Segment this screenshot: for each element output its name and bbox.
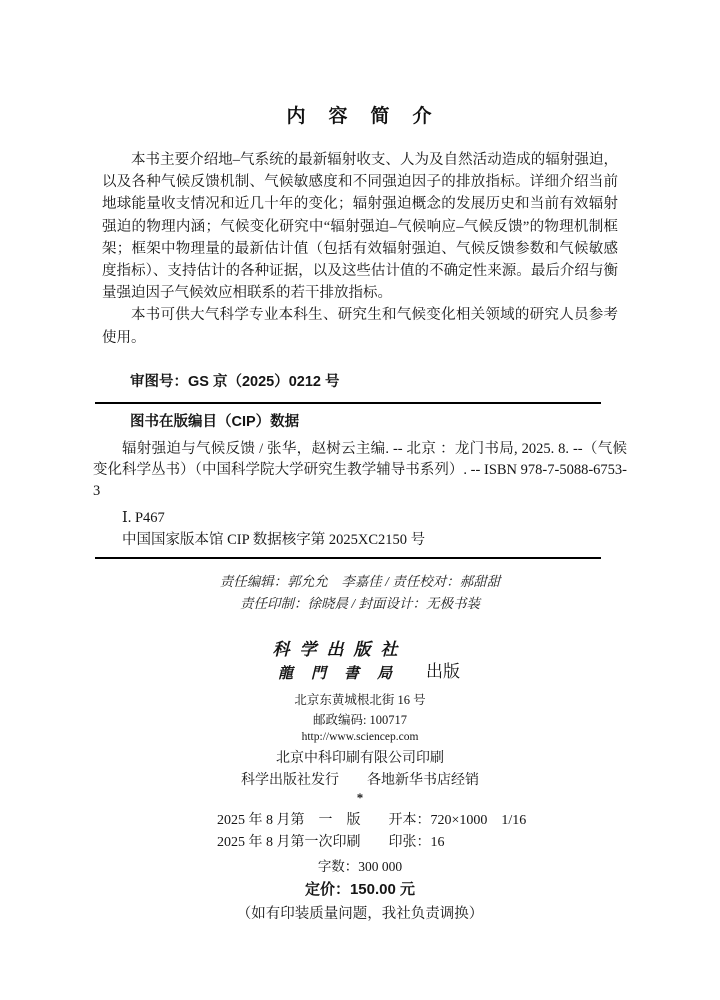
printing-details: 2025 年 8 月第 一 版 开本：720×1000 1/16 2025 年 … xyxy=(217,810,720,854)
science-press-logotype: 科学出版社 xyxy=(260,635,410,660)
word-count-line: 字数：300 000 xyxy=(0,855,720,875)
credits-line-printing-design: 责任印制：徐晓晨 / 封面设计：无极书装 xyxy=(0,593,720,615)
cip-entry: 辐射强迫与气候反馈 / 张华，赵树云主编. -- 北京 ：龙门书局, 2025.… xyxy=(93,439,627,502)
publisher-logotype: 科学出版社 龍門書局 xyxy=(260,635,410,683)
cip-divider-top xyxy=(95,402,601,404)
cip-divider-bottom xyxy=(95,557,601,559)
cip-record-number: 中国国家版本馆 CIP 数据核字第 2025XC2150 号 xyxy=(122,530,627,551)
publisher-postcode: 邮政编码: 100717 xyxy=(0,710,720,728)
section-separator-star: * xyxy=(0,790,720,806)
staff-credits: 责任编辑：郭允允 李嘉佳 / 责任校对：郝甜甜 责任印制：徐晓晨 / 封面设计：… xyxy=(0,571,720,615)
book-copyright-page: 内 容 简 介 本书主要介绍地–气系统的最新辐射收支、人为及自然活动造成的辐射强… xyxy=(0,0,720,1000)
intro-paragraph-1: 本书主要介绍地–气系统的最新辐射收支、人为及自然活动造成的辐射强迫，以及各种气候… xyxy=(102,149,618,304)
intro-paragraph-2: 本书可供大气科学专业本科生、研究生和气候变化相关领域的研究人员参考使用。 xyxy=(102,304,618,348)
longmen-book-company-logotype: 龍門書局 xyxy=(260,662,410,683)
map-approval-number: 审图号：GS 京（2025）0212 号 xyxy=(130,370,720,391)
publish-label: 出版 xyxy=(426,657,460,683)
price-line: 定价：150.00 元 xyxy=(0,878,720,899)
cip-data-block: 图书在版编目（CIP）数据 辐射强迫与气候反馈 / 张华，赵树云主编. -- 北… xyxy=(93,412,627,551)
exchange-notice: （如有印装质量问题，我社负责调换） xyxy=(0,902,720,923)
cip-heading: 图书在版编目（CIP）数据 xyxy=(130,412,627,433)
page-title: 内 容 简 介 xyxy=(0,101,720,128)
credits-line-editors: 责任编辑：郭允允 李嘉佳 / 责任校对：郝甜甜 xyxy=(0,571,720,593)
press-info: 北京东黄城根北街 16 号 邮政编码: 100717 http://www.sc… xyxy=(0,690,720,806)
publisher-logo: 科学出版社 龍門書局 出版 xyxy=(0,635,720,683)
printer-line: 北京中科印刷有限公司印刷 xyxy=(0,747,720,767)
content-introduction: 本书主要介绍地–气系统的最新辐射收支、人为及自然活动造成的辐射强迫，以及各种气候… xyxy=(102,149,618,349)
edition-line: 2025 年 8 月第 一 版 开本：720×1000 1/16 xyxy=(217,810,720,832)
cip-classification: Ⅰ. P467 xyxy=(122,508,627,529)
publisher-address: 北京东黄城根北街 16 号 xyxy=(0,690,720,708)
publisher-website: http://www.sciencep.com xyxy=(0,731,720,743)
distribution-line: 科学出版社发行 各地新华书店经销 xyxy=(0,769,720,789)
impression-line: 2025 年 8 月第一次印刷 印张：16 xyxy=(217,832,720,854)
